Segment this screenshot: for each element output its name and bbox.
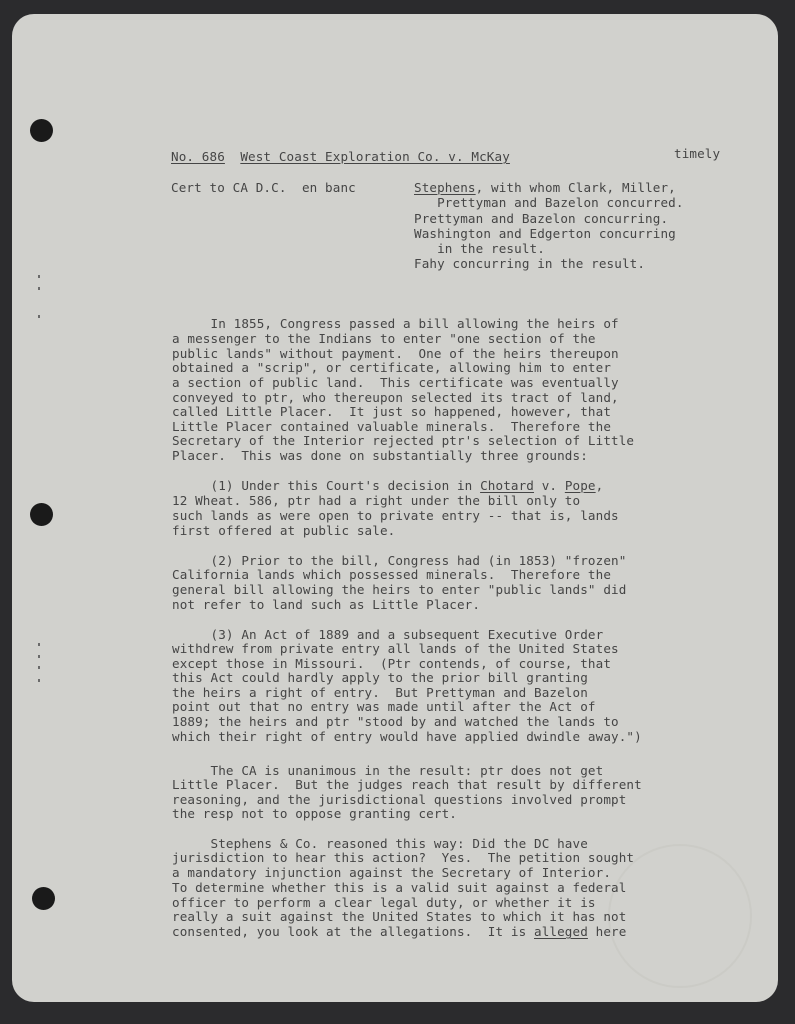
case-title: West Coast Exploration Co. v. McKay: [240, 149, 510, 164]
margin-mark: [38, 287, 40, 290]
opinion-line-6: Fahy concurring in the result.: [414, 256, 645, 271]
margin-mark: [38, 679, 40, 682]
judge-stephens: Stephens: [414, 180, 476, 195]
opinion-line-1: Stephens, with whom Clark, Miller,: [414, 180, 676, 195]
case-cite-chotard: Chotard: [480, 478, 534, 493]
faint-seal-watermark: [608, 844, 752, 988]
case-number: No. 686: [171, 149, 225, 164]
margin-mark: [38, 643, 40, 646]
emphasis-alleged: alleged: [534, 924, 588, 939]
opinion-line-4: Washington and Edgerton concurring: [414, 226, 676, 241]
opinion-line-2: Prettyman and Bazelon concurred.: [414, 195, 684, 210]
punch-hole-middle: [30, 503, 53, 526]
margin-mark: [38, 315, 40, 318]
cert-line: Cert to CA D.C. en banc: [171, 180, 356, 195]
case-cite-pope: Pope: [565, 478, 596, 493]
case-header-line: No. 686 West Coast Exploration Co. v. Mc…: [171, 149, 510, 164]
cert-to: Cert to CA D.C.: [171, 180, 287, 195]
opinion-line-5: in the result.: [414, 241, 545, 256]
margin-mark: [38, 655, 40, 658]
punch-hole-top: [30, 119, 53, 142]
en-banc: en banc: [302, 180, 356, 195]
margin-mark: [38, 666, 40, 669]
opinion-line-3: Prettyman and Bazelon concurring.: [414, 211, 668, 226]
punch-hole-bottom: [32, 887, 55, 910]
timely-label: timely: [674, 146, 720, 161]
margin-mark: [38, 275, 40, 278]
